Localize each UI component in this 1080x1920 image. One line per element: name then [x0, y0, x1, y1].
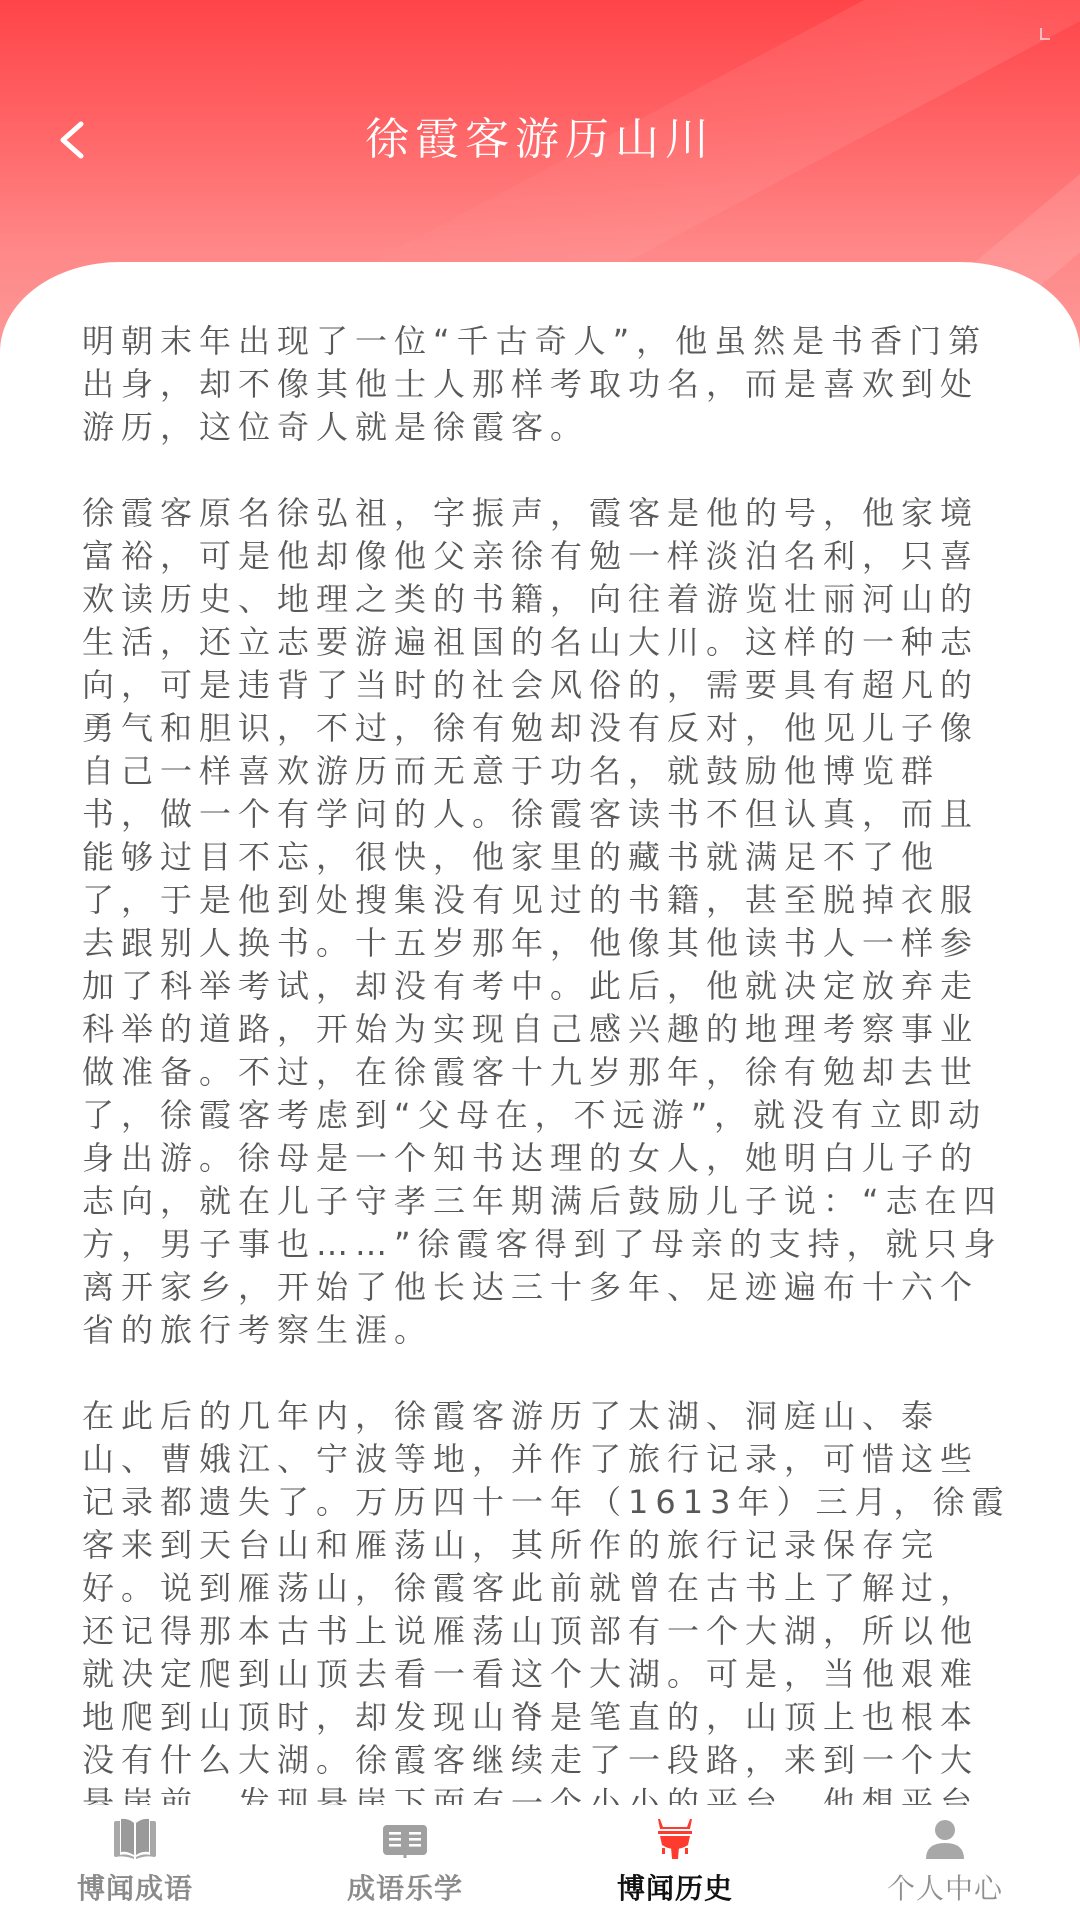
article-line: 地爬到山顶时，却发现山脊是笔直的，山顶上也根本: [82, 1696, 1042, 1739]
article-line: 悬崖前，发现悬崖下面有一个小小的平台，他想平台: [82, 1782, 1042, 1805]
article-line: 勇气和胆识，不过，徐有勉却没有反对，他见儿子像: [82, 707, 1042, 750]
tab-profile[interactable]: 个人中心: [810, 1805, 1080, 1920]
open-book-icon: [110, 1817, 160, 1863]
article-paragraph: 在此后的几年内，徐霞客游历了太湖、洞庭山、泰山、曹娥江、宁波等地，并作了旅行记录…: [82, 1395, 1042, 1805]
tab-idiom-knowledge[interactable]: 博闻成语: [0, 1805, 270, 1920]
article-line: 明朝末年出现了一位“千古奇人”，他虽然是书香门第: [82, 320, 1042, 363]
article-line: 了，徐霞客考虑到“父母在，不远游”，就没有立即动: [82, 1094, 1042, 1137]
article-line: 出身，却不像其他士人那样考取功名，而是喜欢到处: [82, 363, 1042, 406]
article-paragraph: 明朝末年出现了一位“千古奇人”，他虽然是书香门第出身，却不像其他士人那样考取功名…: [82, 320, 1042, 449]
tab-label: 个人中心: [810, 1867, 1080, 1907]
article-line: 游历，这位奇人就是徐霞客。: [82, 406, 1042, 449]
article-line: 富裕，可是他却像他父亲徐有勉一样淡泊名利，只喜: [82, 535, 1042, 578]
article-line: 做准备。不过，在徐霞客十九岁那年，徐有勉却去世: [82, 1051, 1042, 1094]
article-line: 好。说到雁荡山，徐霞客此前就曾在古书上了解过，: [82, 1567, 1042, 1610]
article-line: 志向，就在儿子守孝三年期满后鼓励儿子说：“志在四: [82, 1180, 1042, 1223]
ancient-vessel-icon: [650, 1817, 700, 1863]
article-card[interactable]: 明朝末年出现了一位“千古奇人”，他虽然是书香门第出身，却不像其他士人那样考取功名…: [0, 262, 1080, 1805]
corner-mark-icon: [1040, 28, 1050, 40]
tab-label: 博闻成语: [0, 1867, 270, 1907]
article-line: 欢读历史、地理之类的书籍，向往着游览壮丽河山的: [82, 578, 1042, 621]
article-line: 去跟别人换书。十五岁那年，他像其他读书人一样参: [82, 922, 1042, 965]
article-line: 客来到天台山和雁荡山，其所作的旅行记录保存完: [82, 1524, 1042, 1567]
article-line: 记录都遗失了。万历四十一年（1613年）三月，徐霞: [82, 1481, 1042, 1524]
article-line: 方，男子事也……”徐霞客得到了母亲的支持，就只身: [82, 1223, 1042, 1266]
person-icon: [920, 1817, 970, 1863]
article-body: 明朝末年出现了一位“千古奇人”，他虽然是书香门第出身，却不像其他士人那样考取功名…: [82, 320, 1042, 1805]
article-line: 书，做一个有学问的人。徐霞客读书不但认真，而且: [82, 793, 1042, 836]
tab-history[interactable]: 博闻历史: [540, 1805, 810, 1920]
page-title: 徐霞客游历山川: [0, 112, 1080, 168]
paragraph-gap: [82, 1352, 1042, 1395]
article-line: 徐霞客原名徐弘祖，字振声，霞客是他的号，他家境: [82, 492, 1042, 535]
closed-book-icon: [380, 1817, 430, 1863]
article-line: 加了科举考试，却没有考中。此后，他就决定放弃走: [82, 965, 1042, 1008]
article-line: 向，可是违背了当时的社会风俗的，需要具有超凡的: [82, 664, 1042, 707]
article-line: 离开家乡，开始了他长达三十多年、足迹遍布十六个: [82, 1266, 1042, 1309]
article-line: 在此后的几年内，徐霞客游历了太湖、洞庭山、泰: [82, 1395, 1042, 1438]
article-line: 就决定爬到山顶去看一看这个大湖。可是，当他艰难: [82, 1653, 1042, 1696]
paragraph-gap: [82, 449, 1042, 492]
tab-label: 成语乐学: [270, 1867, 540, 1907]
tab-idiom-learning[interactable]: 成语乐学: [270, 1805, 540, 1920]
bottom-tab-bar: 博闻成语 成语乐学 博闻历史 个人中心: [0, 1805, 1080, 1920]
article-line: 还记得那本古书上说雁荡山顶部有一个大湖，所以他: [82, 1610, 1042, 1653]
article-line: 山、曹娥江、宁波等地，并作了旅行记录，可惜这些: [82, 1438, 1042, 1481]
article-line: 没有什么大湖。徐霞客继续走了一段路，来到一个大: [82, 1739, 1042, 1782]
tab-label: 博闻历史: [540, 1867, 810, 1907]
article-line: 能够过目不忘，很快，他家里的藏书就满足不了他: [82, 836, 1042, 879]
article-line: 自己一样喜欢游历而无意于功名，就鼓励他博览群: [82, 750, 1042, 793]
article-line: 生活，还立志要游遍祖国的名山大川。这样的一种志: [82, 621, 1042, 664]
article-line: 身出游。徐母是一个知书达理的女人，她明白儿子的: [82, 1137, 1042, 1180]
article-line: 省的旅行考察生涯。: [82, 1309, 1042, 1352]
article-line: 科举的道路，开始为实现自己感兴趣的地理考察事业: [82, 1008, 1042, 1051]
article-paragraph: 徐霞客原名徐弘祖，字振声，霞客是他的号，他家境富裕，可是他却像他父亲徐有勉一样淡…: [82, 492, 1042, 1352]
article-line: 了，于是他到处搜集没有见过的书籍，甚至脱掉衣服: [82, 879, 1042, 922]
